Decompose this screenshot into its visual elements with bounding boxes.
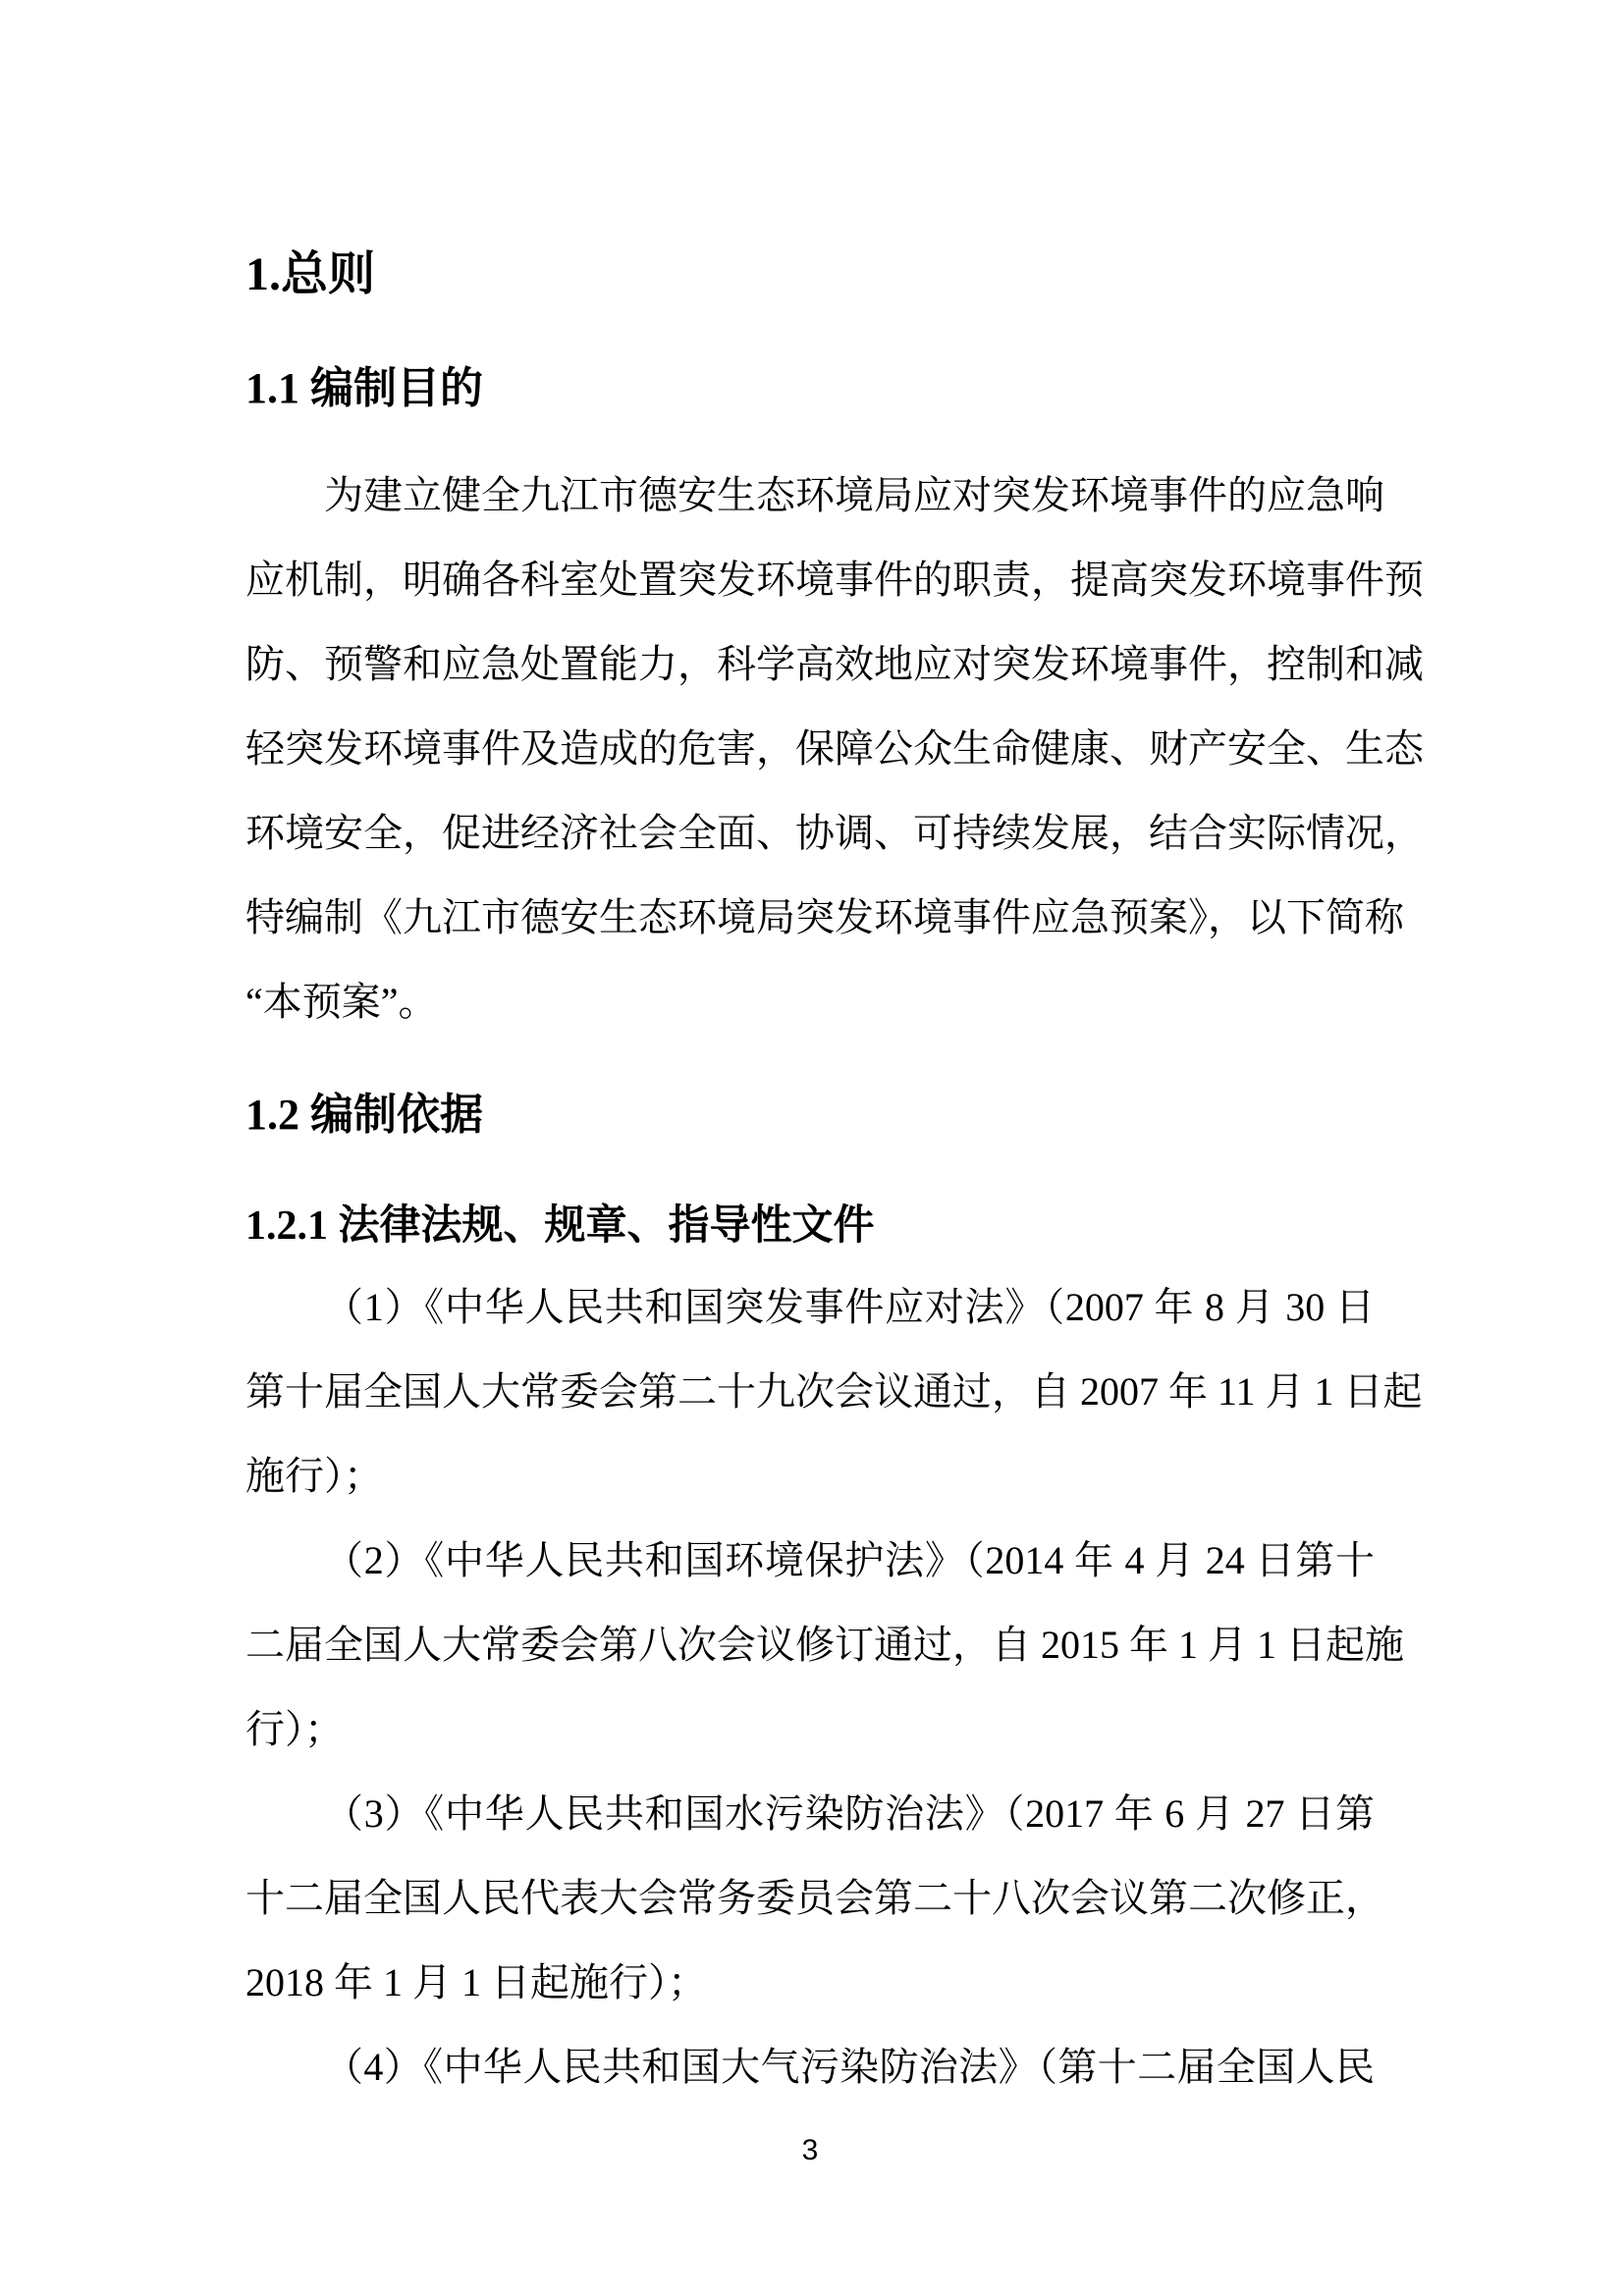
legal-item-line: 第十届全国人大常委会第二十九次会议通过，自 2007 年 11 月 1 日起	[245, 1350, 1375, 1434]
paragraph-line: 特编制《九江市德安生态环境局突发环境事件应急预案》，以下简称	[245, 876, 1375, 960]
legal-item-line: 施行）；	[245, 1434, 1375, 1519]
legal-item: （2）《中华人民共和国环境保护法》（2014 年 4 月 24 日第十 二届全国…	[245, 1519, 1375, 1772]
legal-item-line: 2018 年 1 月 1 日起施行）；	[245, 1941, 1375, 2025]
legal-items-list: （1）《中华人民共和国突发事件应对法》（2007 年 8 月 30 日 第十届全…	[245, 1265, 1375, 2109]
legal-item-line: （4）《中华人民共和国大气污染防治法》（第十二届全国人民	[245, 2025, 1375, 2109]
legal-item-line: （2）《中华人民共和国环境保护法》（2014 年 4 月 24 日第十	[245, 1519, 1375, 1603]
legal-item-line: 行）；	[245, 1687, 1375, 1772]
legal-item-line: 二届全国人大常委会第八次会议修订通过，自 2015 年 1 月 1 日起施	[245, 1603, 1375, 1687]
legal-item: （4）《中华人民共和国大气污染防治法》（第十二届全国人民	[245, 2025, 1375, 2109]
paragraph-line: 防、预警和应急处置能力，科学高效地应对突发环境事件，控制和减	[245, 622, 1375, 707]
legal-item-line: 十二届全国人民代表大会常务委员会第二十八次会议第二次修正，	[245, 1856, 1375, 1941]
legal-item-line: （3）《中华人民共和国水污染防治法》（2017 年 6 月 27 日第	[245, 1772, 1375, 1856]
legal-item: （3）《中华人民共和国水污染防治法》（2017 年 6 月 27 日第 十二届全…	[245, 1772, 1375, 2025]
purpose-paragraph: 为建立健全九江市德安生态环境局应对突发环境事件的应急响 应机制，明确各科室处置突…	[245, 454, 1375, 1044]
paragraph-line: 应机制，明确各科室处置突发环境事件的职责，提高突发环境事件预	[245, 538, 1375, 622]
paragraph-line: 为建立健全九江市德安生态环境局应对突发环境事件的应急响	[245, 454, 1375, 538]
section-heading-1-2: 1.2 编制依据	[245, 1088, 1375, 1143]
page-number: 3	[245, 2133, 1375, 2168]
paragraph-line: 环境安全，促进经济社会全面、协调、可持续发展，结合实际情况，	[245, 791, 1375, 876]
paragraph-line: “本预案”。	[245, 960, 1375, 1044]
legal-item-line: （1）《中华人民共和国突发事件应对法》（2007 年 8 月 30 日	[245, 1265, 1375, 1350]
section-heading-1: 1.总则	[245, 0, 1375, 304]
legal-item: （1）《中华人民共和国突发事件应对法》（2007 年 8 月 30 日 第十届全…	[245, 1265, 1375, 1519]
section-heading-1-2-1: 1.2.1 法律法规、规章、指导性文件	[245, 1200, 1375, 1253]
document-page: 1.总则 1.1 编制目的 为建立健全九江市德安生态环境局应对突发环境事件的应急…	[0, 0, 1624, 2168]
section-heading-1-1: 1.1 编制目的	[245, 361, 1375, 416]
paragraph-line: 轻突发环境事件及造成的危害，保障公众生命健康、财产安全、生态	[245, 707, 1375, 791]
